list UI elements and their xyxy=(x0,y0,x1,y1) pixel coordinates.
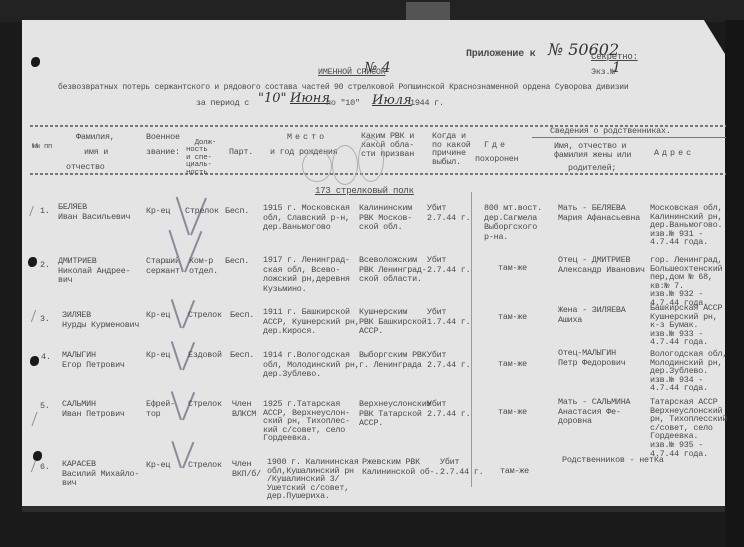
stamp-mark xyxy=(358,138,384,182)
row-when: Убит 2.7.44 г. xyxy=(427,400,470,419)
row-num: 2. xyxy=(40,261,50,271)
row-num: 3. xyxy=(40,315,50,325)
col-birth-1: Место xyxy=(287,133,327,143)
row-position: Стрелок xyxy=(188,461,222,471)
relatives-group-rule xyxy=(532,137,726,138)
row-when: Убит 2.7.44 г. xyxy=(427,256,470,275)
row-rvk: Кушнерским РВК Башкирской АССР. xyxy=(359,308,427,337)
col-name-3: отчество xyxy=(66,163,105,173)
row-name: САЛЬМИН Иван Петрович xyxy=(62,400,125,419)
row-relative: Отец-МАЛЫГИН Петр Федорович xyxy=(558,349,626,368)
row-party: Член ВЛКСМ xyxy=(232,400,256,419)
row-relative: Родственников - нет xyxy=(562,456,654,466)
row-position: Стрелок xyxy=(188,311,222,321)
col-buried-1: Где xyxy=(484,141,508,151)
row-relative: Жена - ЗИЛЯЕВА Ашиха xyxy=(558,306,626,325)
row-when: Убит 2.7.44 г. xyxy=(440,458,483,477)
col-position: Долж- ность и спе- циаль- ность xyxy=(186,132,216,177)
row-name: БЕЛЯЕВ Иван Васильевич xyxy=(58,203,130,222)
col-relative-name: Имя, отчество и фамилия жены или xyxy=(554,142,631,160)
row-name: КАРАСЕВ Василий Михайло- вич xyxy=(62,460,139,489)
stamp-mark xyxy=(332,145,358,185)
row-party: Бесп. xyxy=(230,311,254,321)
regiment-title: 173 стрелковый полк xyxy=(315,187,414,197)
scanner-background-top xyxy=(0,0,744,22)
row-address: Башкирская АССР Кушнерский рн, к-з Бумак… xyxy=(650,304,722,347)
row-birth: 1915 г. Московская обл, Славский р-н, де… xyxy=(263,204,350,233)
row-birth: 1900 г. Калининская обл,Кушалинский рн /… xyxy=(267,458,359,501)
period-to: по "10" xyxy=(326,99,360,109)
row-when: Убит 1.7.44 г. xyxy=(427,308,470,327)
period-from-day: "10" xyxy=(258,91,287,106)
row-buried: там-же xyxy=(498,313,527,323)
col-buried-2: похоронен xyxy=(475,155,518,165)
list-number: № 4 xyxy=(364,60,391,76)
row-rvk: Верхнеуслонским РВК Татарской АССР. xyxy=(359,400,431,429)
row-rank: Кр-ец xyxy=(146,207,170,217)
document-subtitle: безвозвратных потерь сержантского и рядо… xyxy=(58,83,629,93)
col-name-2: имя и xyxy=(84,148,108,158)
row-when: Убит 2.7.44 г. xyxy=(427,204,470,223)
row-buried: там-же xyxy=(498,408,527,418)
punch-hole xyxy=(31,57,40,67)
row-relative: Мать - САЛЬМИНА Анастасия Фе- доровна xyxy=(558,398,630,427)
row-rank: Кр-ец xyxy=(146,461,170,471)
row-buried: там-же xyxy=(500,467,529,477)
row-position: Ком-р отдел. xyxy=(189,257,218,276)
period-year: 1944 г. xyxy=(410,99,444,109)
col-name-1: Фамилия, xyxy=(76,133,115,143)
period-prefix: за период с xyxy=(196,99,249,109)
period-to-month: Июля xyxy=(372,93,412,108)
row-address: Московская обл, Калининский рн, дер.Вань… xyxy=(650,204,722,247)
col-num: №№ пп xyxy=(32,143,52,153)
row-relative: Мать - БЕЛЯЕВА Мария Афанасьевна xyxy=(558,204,640,223)
column-divider xyxy=(471,192,472,487)
col-rank-1: Военное xyxy=(146,133,180,143)
col-relatives-group: Сведения о родственниках. xyxy=(550,127,671,137)
tape-mark xyxy=(406,2,450,20)
scanner-background-bottom xyxy=(22,506,725,512)
col-when: Когда и по какой причине выбыл. xyxy=(432,132,471,166)
row-name: МАЛЫГИН Егор Петрович xyxy=(62,351,125,370)
stamp-mark xyxy=(302,150,332,182)
appendix-label: Приложение к xyxy=(466,50,536,60)
row-position: Стрелок xyxy=(188,400,222,410)
period-from-month: Июня xyxy=(290,91,330,106)
row-address: Ка xyxy=(654,456,664,466)
row-buried: там-же xyxy=(498,360,527,370)
row-rank: Кр-ец xyxy=(146,311,170,321)
row-address: гор. Ленинград, Большеохтенский пер,дом … xyxy=(650,256,722,308)
punch-hole xyxy=(30,356,39,366)
row-buried: 800 мт.вост. дер.Сагмела Выборгского р-н… xyxy=(484,204,542,242)
row-birth: 1914 г.Вологодская обл, Молодинский рн, … xyxy=(263,351,360,380)
row-num: 1. xyxy=(40,207,50,217)
row-address: Татарская АССР Верхнеуслонский рн, Тихоп… xyxy=(650,398,727,458)
punch-hole xyxy=(28,257,37,267)
row-party: Бесп. xyxy=(225,207,249,217)
row-rvk: Всеволожским РВК Ленинград- ской области… xyxy=(359,256,427,285)
row-num: 6. xyxy=(40,463,50,473)
row-rvk: Калининским РВК Москов- ской обл. xyxy=(359,204,412,233)
row-birth: 1925 г.Татарская АССР, Верхнеуслон- ский… xyxy=(263,400,350,443)
col-rank-2: звание: xyxy=(146,148,180,158)
row-rank: Кр-ец xyxy=(146,351,170,361)
scanner-background-right xyxy=(725,20,744,547)
row-birth: 1911 г. Башкирской АССР, Кушнерский рн, … xyxy=(263,308,360,337)
row-address: Вологодская обл, Молодинский рн, дер.Зуб… xyxy=(650,350,727,393)
row-buried: там-же xyxy=(498,264,527,274)
row-party: Бесп. xyxy=(230,351,254,361)
row-birth: 1917 г. Ленинград- ская обл, Всево- ложс… xyxy=(263,256,350,294)
row-party: Член ВКП/б/ xyxy=(232,460,261,479)
row-position: Ездовой xyxy=(188,351,222,361)
row-rvk: Выборгским РВК г. Ленинграда xyxy=(359,351,427,370)
row-when: Убит 2.7.44 г. xyxy=(427,351,470,370)
copy-number: 1 xyxy=(612,60,621,76)
row-position: Стрелок xyxy=(185,207,219,217)
row-name: ДМИТРИЕВ Николай Андрее- вич xyxy=(58,257,130,286)
col-party: Парт. xyxy=(229,148,253,158)
row-num: 5. xyxy=(40,402,50,412)
row-name: ЗИЛЯЕВ Нурды Курменович xyxy=(62,311,139,330)
col-address: Адрес xyxy=(654,149,694,159)
row-rvk: Ржевским РВК Калининской об-. xyxy=(362,458,439,477)
col-relative-name-3: родителей; xyxy=(568,164,616,174)
row-num: 4. xyxy=(41,353,51,363)
row-relative: Отец - ДМИТРИЕВ Александр Иванович xyxy=(558,256,645,275)
row-party: Бесп. xyxy=(225,257,249,267)
